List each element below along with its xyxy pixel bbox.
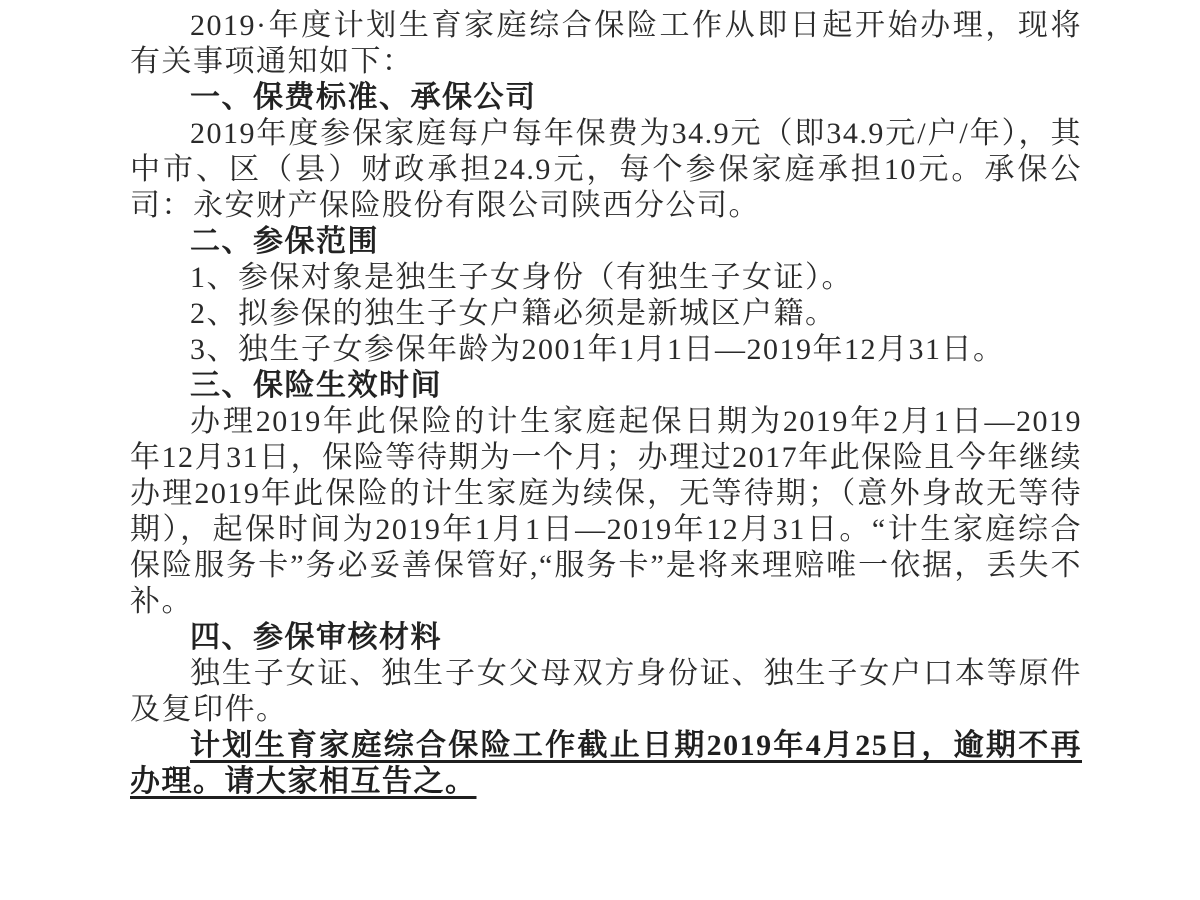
section-1-paragraph: 2019年度参保家庭每户每年保费为34.9元（即34.9元/户/年），其中市、区… xyxy=(130,116,1082,224)
notice-document: 2019·年度计划生育家庭综合保险工作从即日起开始办理，现将有关事项通知如下： … xyxy=(0,0,1200,900)
section-1-heading: 一、保费标准、承保公司 xyxy=(130,80,1082,116)
section-2-list-item-2: 2、拟参保的独生子女户籍必须是新城区户籍。 xyxy=(130,296,1082,332)
section-2-list-item-1: 1、参保对象是独生子女身份（有独生子女证）。 xyxy=(130,260,1082,296)
section-2-heading: 二、参保范围 xyxy=(130,224,1082,260)
intro-paragraph: 2019·年度计划生育家庭综合保险工作从即日起开始办理，现将有关事项通知如下： xyxy=(130,8,1082,80)
section-3-heading: 三、保险生效时间 xyxy=(130,368,1082,404)
section-4-heading: 四、参保审核材料 xyxy=(130,620,1082,656)
section-2-list-item-3: 3、独生子女参保年龄为2001年1月1日—2019年12月31日。 xyxy=(130,332,1082,368)
closing-deadline-paragraph: 计划生育家庭综合保险工作截止日期2019年4月25日，逾期不再办理。请大家相互告… xyxy=(130,728,1082,800)
section-4-paragraph: 独生子女证、独生子女父母双方身份证、独生子女户口本等原件及复印件。 xyxy=(130,656,1082,728)
section-3-paragraph: 办理2019年此保险的计生家庭起保日期为2019年2月1日—2019年12月31… xyxy=(130,404,1082,620)
